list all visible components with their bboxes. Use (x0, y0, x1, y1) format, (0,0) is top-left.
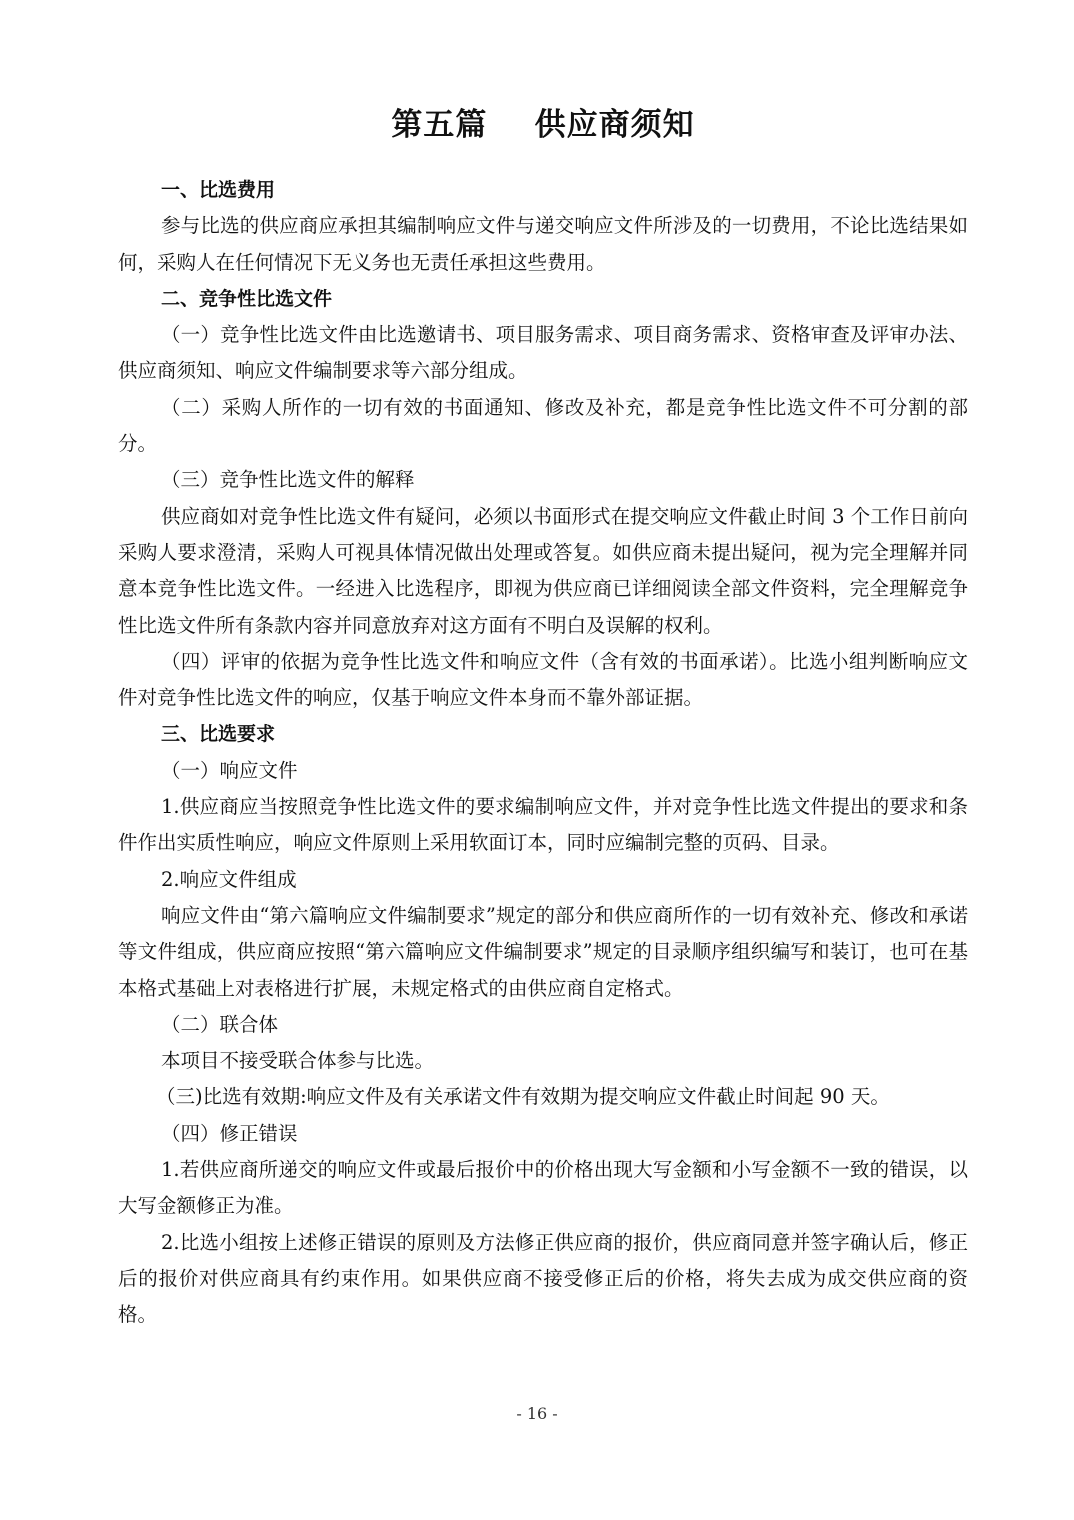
page-title: 第五篇 供应商须知 (118, 100, 968, 150)
paragraph-documents-notices: （二）采购人所作的一切有效的书面通知、修改及补充，都是竞争性比选文件不可分割的部… (118, 390, 968, 463)
paragraph-fees: 参与比选的供应商应承担其编制响应文件与递交响应文件所涉及的一切费用，不论比选结果… (118, 208, 968, 281)
paragraph-interpretation: 供应商如对竞争性比选文件有疑问，必须以书面形式在提交响应文件截止时间 3 个工作… (118, 499, 968, 644)
section-heading-documents: 二、竞争性比选文件 (118, 281, 968, 317)
paragraph-evaluation-basis: （四）评审的依据为竞争性比选文件和响应文件（含有效的书面承诺）。比选小组判断响应… (118, 644, 968, 717)
subheading-consortium: （二）联合体 (118, 1007, 968, 1043)
section-heading-fees: 一、比选费用 (118, 172, 968, 208)
paragraph-validity-period: （三)比选有效期:响应文件及有关承诺文件有效期为提交响应文件截止时间起 90 天… (118, 1079, 968, 1115)
subheading-response-composition: 2.响应文件组成 (118, 862, 968, 898)
paragraph-response-preparation: 1.供应商应当按照竞争性比选文件的要求编制响应文件，并对竞争性比选文件提出的要求… (118, 789, 968, 862)
subheading-interpretation: （三）竞争性比选文件的解释 (118, 462, 968, 498)
paragraph-documents-composition: （一）竞争性比选文件由比选邀请书、项目服务需求、项目商务需求、资格审查及评审办法… (118, 317, 968, 390)
paragraph-error-correction-2: 2.比选小组按上述修正错误的原则及方法修正供应商的报价，供应商同意并签字确认后，… (118, 1225, 968, 1334)
paragraph-error-correction-1: 1.若供应商所递交的响应文件或最后报价中的价格出现大写金额和小写金额不一致的错误… (118, 1152, 968, 1225)
subheading-error-correction: （四）修正错误 (118, 1116, 968, 1152)
paragraph-consortium: 本项目不接受联合体参与比选。 (118, 1043, 968, 1079)
paragraph-response-composition: 响应文件由“第六篇响应文件编制要求”规定的部分和供应商所作的一切有效补充、修改和… (118, 898, 968, 1007)
subheading-response-documents: （一）响应文件 (118, 753, 968, 789)
section-heading-requirements: 三、比选要求 (118, 716, 968, 752)
document-page: 第五篇 供应商须知 一、比选费用 参与比选的供应商应承担其编制响应文件与递交响应… (118, 100, 968, 1334)
page-number: - 16 - (0, 1404, 1074, 1423)
